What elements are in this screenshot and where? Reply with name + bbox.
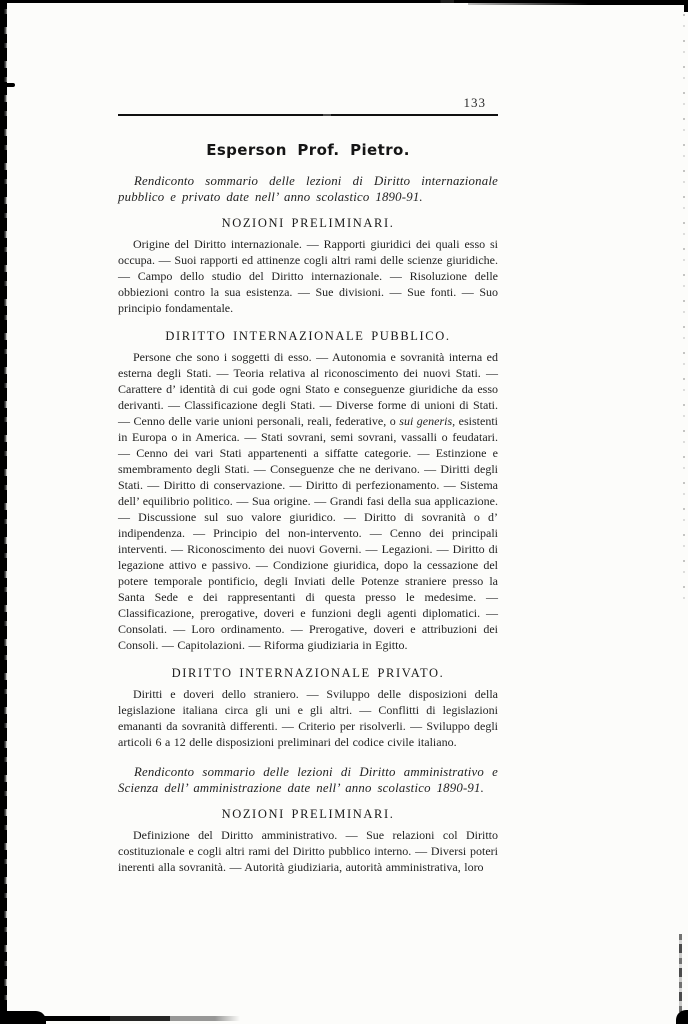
text-column: 133 Esperson Prof. Pietro. Rendiconto so… — [118, 96, 498, 875]
scan-edge-left-tick — [0, 83, 15, 87]
header-rule — [118, 114, 498, 116]
scanned-book-page: 133 Esperson Prof. Pietro. Rendiconto so… — [0, 0, 688, 1024]
scan-edge-top-right — [468, 2, 688, 5]
heading-diritto-internazionale-pubblico: DIRITTO INTERNAZIONALE PUBBLICO. — [118, 329, 498, 344]
page-title: Esperson Prof. Pietro. — [118, 141, 498, 159]
scan-edge-right-bottom — [679, 934, 682, 1014]
scan-edge-top-right-tick — [684, 0, 688, 12]
course1-intro: Rendiconto sommario delle lezioni di Dir… — [118, 173, 498, 205]
paragraph-diritto-internazionale-privato: Diritti e doveri dello straniero. — Svil… — [118, 686, 498, 750]
heading-nozioni-preliminari-1: NOZIONI PRELIMINARI. — [118, 216, 498, 231]
page-number: 133 — [118, 96, 498, 109]
paragraph-diritto-internazionale-pubblico: Persone che sono i soggetti di esso. — A… — [118, 349, 498, 653]
paragraph-nozioni-preliminari-2: Definizione del Diritto amministrativo. … — [118, 827, 498, 875]
course2-intro: Rendiconto sommario delle lezioni di Dir… — [118, 764, 498, 796]
pubblico-text-after: esistenti in Europa o in America. — Stat… — [118, 414, 498, 652]
scan-edge-left — [0, 0, 7, 1024]
scan-edge-bottom-left-blob — [0, 1011, 46, 1024]
heading-nozioni-preliminari-2: NOZIONI PRELIMINARI. — [118, 807, 498, 822]
paragraph-nozioni-preliminari-1: Origine del Diritto internazionale. — Ra… — [118, 236, 498, 316]
heading-diritto-internazionale-privato: DIRITTO INTERNAZIONALE PRIVATO. — [118, 666, 498, 681]
scan-edge-right-speckle — [683, 14, 685, 604]
pubblico-italic-phrase: sui generis, — [399, 414, 455, 428]
scan-edge-bottom-right-corner — [676, 1010, 688, 1024]
